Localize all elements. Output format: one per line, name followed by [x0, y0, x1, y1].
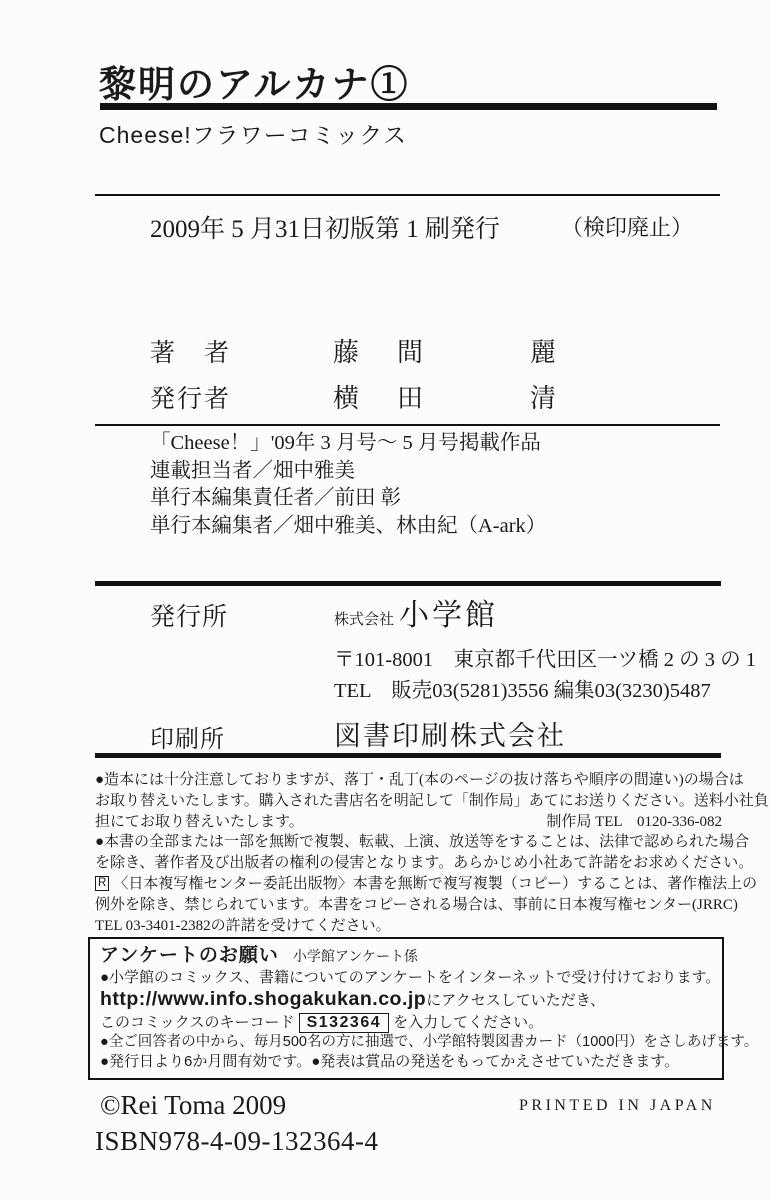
notice-line: TEL 03-3401-2382の許諾を受けてください。 [95, 916, 722, 937]
publisher-phone: TEL 販売03(5281)3556 編集03(3230)5487 [334, 673, 711, 703]
legal-notices: ●造本には十分注意しておりますが、落丁・乱丁(本のページの抜け落ちや順序の間違い… [95, 770, 722, 936]
notice-line-left: 担にてお取り替えいたします。 [95, 812, 304, 833]
keycode-prefix: このコミックスのキーコード [100, 1014, 295, 1031]
publisher-name-char: 横 [333, 378, 359, 415]
survey-prize-note: ●全ご回答者の中から、毎月500名の方に抽選で、小学館特製図書カード（1000円… [100, 1033, 712, 1053]
author-name-char: 間 [397, 332, 423, 369]
serialization-divider [95, 424, 720, 426]
printer-divider-bottom [95, 753, 721, 758]
notice-line: ●本書の全部または一部を無断で複製、転載、上演、放送等をすることは、法律で認めら… [95, 832, 722, 853]
isbn-line: ISBN978-4-09-132364-4 [95, 1126, 378, 1157]
edition-divider [95, 194, 720, 196]
serialization-block: 「Cheese！」'09年 3 月号～ 5 月号掲載作品 連載担当者／畑中雅美 … [150, 430, 546, 540]
publishing-house-label: 発行所 [150, 597, 228, 633]
survey-heading: アンケートのお願い [100, 945, 279, 966]
survey-url-row: http://www.info.shogakukan.co.jpにアクセスしてい… [100, 988, 712, 1012]
survey-heading-row: アンケートのお願い小学館アンケート係 [100, 944, 712, 968]
registered-copy-mark-icon: R [95, 876, 109, 891]
survey-request-box: アンケートのお願い小学館アンケート係 ●小学館のコミックス、書籍についてのアンケ… [88, 937, 724, 1080]
copyright-line: ©Rei Toma 2009 [100, 1090, 286, 1121]
author-name-char: 麗 [530, 332, 556, 369]
survey-intro: ●小学館のコミックス、書籍についてのアンケートをインターネットで受け付けておりま… [100, 968, 712, 988]
title-underline [100, 103, 717, 110]
company-prefix: 株式会社 [334, 608, 394, 629]
serialization-volume-editors: 単行本編集者／畑中雅美、林由紀（A-ark） [150, 513, 546, 541]
notice-line: お取り替えいたします。購入された書店名を明記して「制作局」あてにお送りください。… [95, 791, 722, 812]
keycode-suffix: を入力してください。 [393, 1014, 543, 1031]
printer-label: 印刷所 [150, 719, 225, 754]
notice-line: R〈日本複写権センター委託出版物〉本書を無断で複写複製（コピー）することは、著作… [95, 874, 722, 895]
publisher-divider-top [95, 581, 721, 586]
edition-date: 2009年 5 月31日初版第 1 刷発行 [150, 209, 500, 245]
notice-line: を除き、著作者及び出版者の権利の侵害となります。あらかじめ小社あて許諾をお求めく… [95, 853, 722, 874]
survey-subheading: 小学館アンケート係 [293, 948, 418, 964]
survey-validity-note: ●発行日より6か月間有効です。●発表は賞品の発送をもってかえさせていただきます。 [100, 1052, 712, 1072]
imprint-label: Cheese!フラワーコミックス [99, 117, 407, 150]
notice-line-text: 〈日本複写権センター委託出版物〉本書を無断で複写複製（コピー）することは、著作権… [113, 876, 757, 892]
production-contact: 制作局 TEL 0120-336-082 [546, 812, 722, 833]
author-name-char: 藤 [333, 332, 359, 369]
survey-url: http://www.info.shogakukan.co.jp [100, 988, 426, 1010]
serialization-source: 「Cheese！」'09年 3 月号～ 5 月号掲載作品 [150, 430, 546, 458]
survey-keycode-row: このコミックスのキーコードS132364を入力してください。 [100, 1012, 712, 1033]
author-label: 著 者 [150, 333, 231, 369]
notice-line: 例外を除き、禁じられています。本書をコピーされる場合は、事前に日本複写権センター… [95, 895, 722, 916]
notice-line: ●造本には十分注意しておりますが、落丁・乱丁(本のページの抜け落ちや順序の間違い… [95, 770, 722, 791]
printer-name: 図書印刷株式会社 [334, 714, 566, 753]
printed-in-japan: PRINTED IN JAPAN [519, 1097, 716, 1115]
survey-url-suffix: にアクセスしていただき、 [426, 992, 605, 1009]
publisher-name-char: 田 [397, 378, 423, 415]
colophon-page: 黎明のアルカナ① Cheese!フラワーコミックス 2009年 5 月31日初版… [0, 0, 770, 1200]
publisher-address: 〒101-8001 東京都千代田区一ツ橋 2 の 3 の 1 [334, 642, 756, 672]
publisher-name-char: 清 [530, 378, 556, 415]
keycode-value: S132364 [299, 1013, 390, 1033]
notice-line: 担にてお取り替えいたします。 制作局 TEL 0120-336-082 [95, 812, 722, 833]
publisher-label: 発行者 [150, 379, 231, 415]
page-title: 黎明のアルカナ① [99, 54, 410, 108]
stamp-note: （検印廃止） [561, 211, 693, 242]
company-name: 小学館 [399, 590, 498, 634]
serialization-chief-editor: 単行本編集責任者／前田 彰 [150, 485, 546, 513]
serialization-editor: 連載担当者／畑中雅美 [150, 458, 546, 486]
